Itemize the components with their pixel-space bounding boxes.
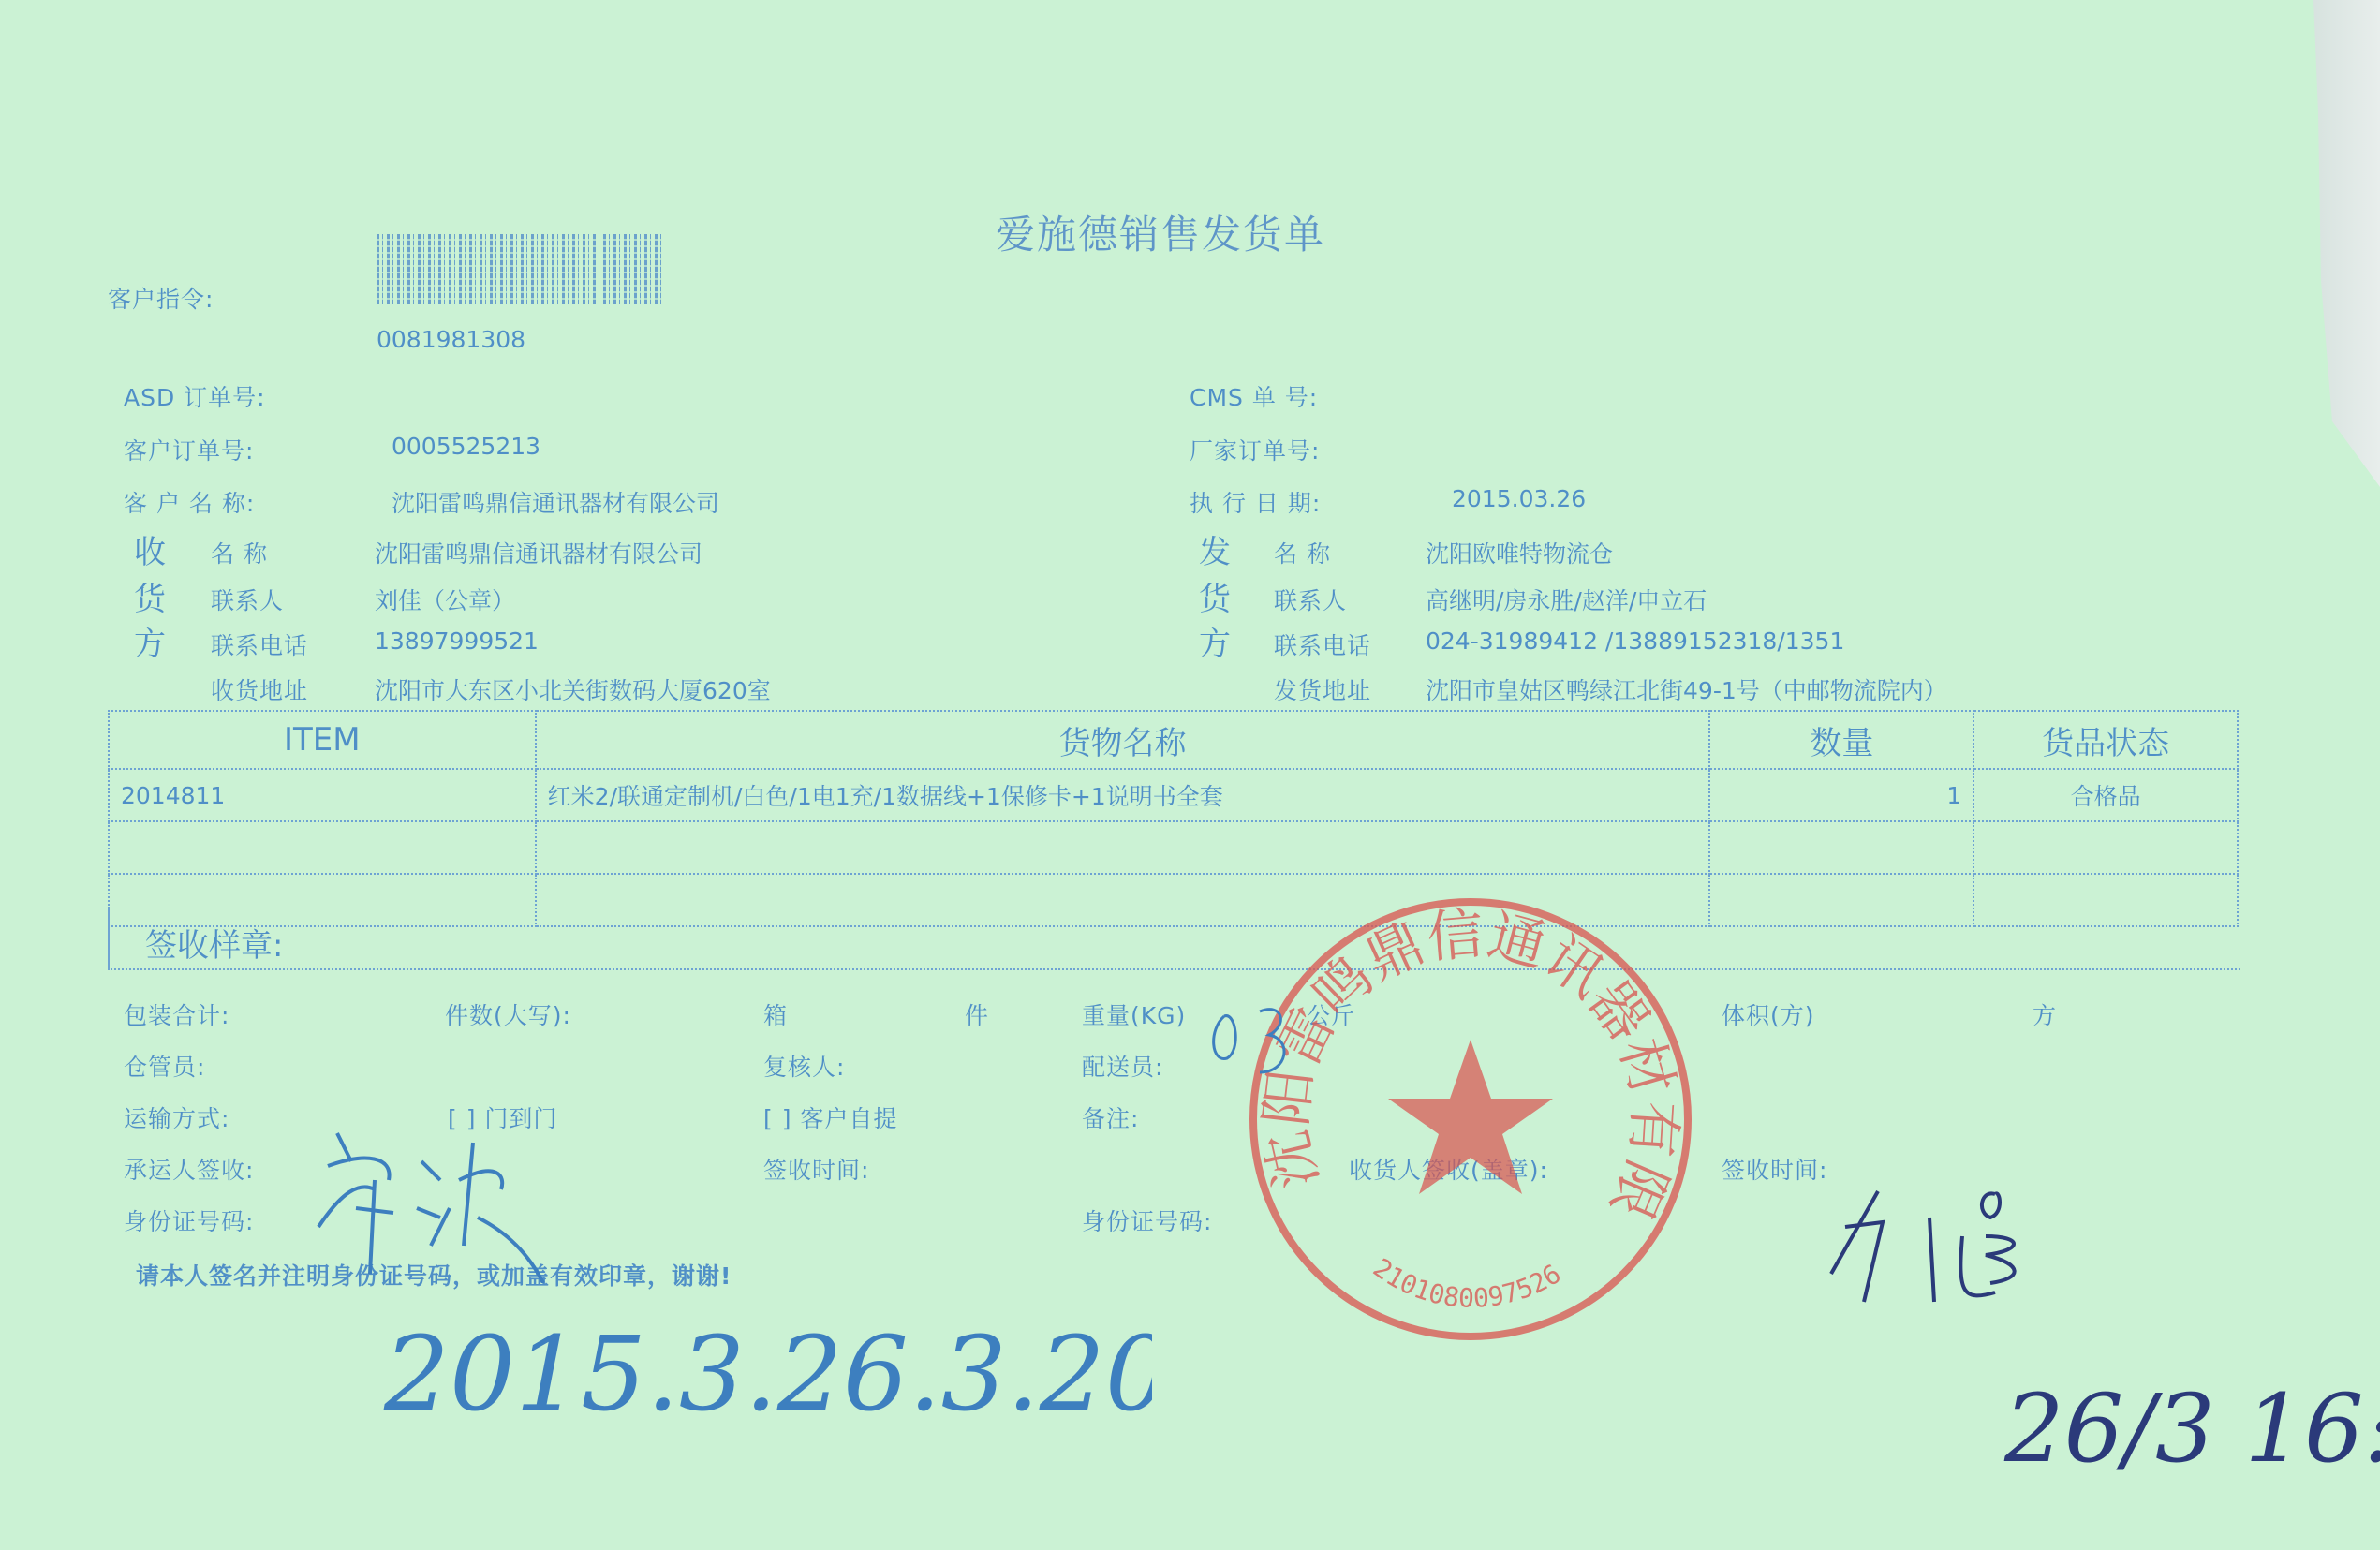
barcode-image: [377, 234, 662, 304]
volume-label: 体积(方): [1722, 997, 1815, 1031]
vendor-order-label: 厂家订单号:: [1190, 433, 1320, 466]
receiver-address-label: 收货地址: [211, 672, 308, 706]
sender-side-char-2: 货: [1199, 573, 1231, 619]
warehouse-label: 仓管员:: [124, 1049, 205, 1083]
exec-date-value: 2015.03.26: [1452, 485, 1586, 512]
transport-label: 运输方式:: [124, 1100, 229, 1134]
customer-name-value: 沈阳雷鸣鼎信通讯器材有限公司: [392, 485, 719, 519]
weight-label: 重量(KG): [1082, 997, 1186, 1031]
svg-text:2015.3.26.3.20: 2015.3.26.3.20: [383, 1314, 1152, 1434]
receiver-side-char-1: 收: [134, 526, 166, 572]
cell-status: [1973, 821, 2238, 874]
sender-address-value: 沈阳市皇姑区鸭绿江北街49-1号（中邮物流院内）: [1426, 672, 1947, 706]
sign-sample-row: 签收样章:: [108, 907, 2240, 970]
col-header-status: 货品状态: [1973, 711, 2238, 769]
company-stamp: 沈阳雷鸣鼎信通讯器材有限公司 2101080097526: [1236, 885, 1705, 1353]
carrier-datetime-handwritten: 2015.3.26.3.20: [375, 1302, 1152, 1442]
sender-contact-label: 联系人: [1274, 583, 1347, 616]
goods-table-header: ITEM 货物名称 数量 货品状态: [109, 711, 2238, 769]
sender-side-char-3: 方: [1199, 618, 1231, 664]
star-icon: [1388, 1040, 1553, 1194]
carrier-sign-label: 承运人签收:: [124, 1152, 254, 1186]
customer-instruction-code: 0081981308: [377, 326, 525, 353]
receiver-side-char-3: 方: [134, 618, 166, 664]
receiver-name-label: 名 称: [211, 536, 268, 569]
col-header-item: ITEM: [109, 711, 536, 769]
receiver-name-value: 沈阳雷鸣鼎信通讯器材有限公司: [375, 536, 702, 569]
reviewer-label: 复核人:: [763, 1049, 845, 1083]
sender-side-char-1: 发: [1199, 526, 1231, 572]
self-pickup-option: [ ] 客户自提: [763, 1100, 897, 1134]
stamp-number-text: 2101080097526: [1367, 1252, 1566, 1314]
svg-text:26/3 16:40: 26/3 16:40: [2003, 1374, 2380, 1484]
receiver-phone-value: 13897999521: [375, 627, 539, 655]
carrier-sign-time-label: 签收时间:: [763, 1152, 869, 1186]
col-header-name: 货物名称: [536, 711, 1710, 769]
sender-phone-label: 联系电话: [1274, 627, 1371, 661]
cell-item: [109, 821, 536, 874]
receiver-phone-label: 联系电话: [211, 627, 308, 661]
receiver-contact-label: 联系人: [211, 583, 284, 616]
receiver-datetime-handwritten: 26/3 16:40: [1995, 1349, 2380, 1517]
delivery-slip: 爱施德销售发货单 客户指令: 0081981308 ASD 订单号: CMS 单…: [0, 0, 2380, 1550]
customer-order-value: 0005525213: [392, 433, 540, 460]
package-total-label: 包装合计:: [124, 997, 229, 1031]
receiver-side-char-2: 货: [134, 573, 166, 619]
col-header-quantity: 数量: [1709, 711, 1973, 769]
handwritten-weight: [1204, 993, 1316, 1096]
cell-quantity: [1709, 821, 1973, 874]
receiver-signature: [1798, 1180, 2061, 1311]
carrier-signature: [300, 1124, 609, 1283]
cell-quantity: 1: [1709, 769, 1973, 821]
cell-name: [536, 821, 1710, 874]
asd-order-label: ASD 订单号:: [124, 379, 266, 413]
exec-date-label: 执 行 日 期:: [1190, 485, 1321, 519]
receiver-contact-value: 刘佳（公章）: [375, 583, 515, 616]
table-row: [109, 821, 2238, 874]
carrier-id-label: 身份证号码:: [124, 1203, 254, 1237]
sender-phone-value: 024-31989412 /13889152318/1351: [1426, 627, 1844, 655]
receiver-address-value: 沈阳市大东区小北关街数码大厦620室: [375, 672, 771, 706]
pieces-label: 件数(大写):: [445, 997, 571, 1031]
customer-name-label: 客 户 名 称:: [124, 485, 255, 519]
customer-order-label: 客户订单号:: [124, 433, 254, 466]
remark-label: 备注:: [1082, 1100, 1139, 1134]
sender-name-label: 名 称: [1274, 536, 1331, 569]
sender-address-label: 发货地址: [1274, 672, 1371, 706]
sender-name-value: 沈阳欧唯特物流仓: [1426, 536, 1613, 569]
customer-instruction-label: 客户指令:: [108, 281, 214, 315]
dispatcher-label: 配送员:: [1082, 1049, 1163, 1083]
goods-table: ITEM 货物名称 数量 货品状态 2014811 红米2/联通定制机/白色/1…: [108, 710, 2239, 927]
cell-name: 红米2/联通定制机/白色/1电1充/1数据线+1保修卡+1说明书全套: [536, 769, 1710, 821]
piece-label: 件: [965, 997, 989, 1031]
cms-label: CMS 单 号:: [1190, 379, 1318, 413]
svg-text:2101080097526: 2101080097526: [1367, 1252, 1566, 1314]
table-row: 2014811 红米2/联通定制机/白色/1电1充/1数据线+1保修卡+1说明书…: [109, 769, 2238, 821]
cell-item: 2014811: [109, 769, 536, 821]
sender-contact-value: 高继明/房永胜/赵洋/申立石: [1426, 583, 1707, 616]
receiver-id-label: 身份证号码:: [1082, 1203, 1212, 1237]
sign-sample-label: 签收样章:: [145, 920, 283, 966]
volume-unit: 方: [2033, 997, 2057, 1031]
cell-status: 合格品: [1973, 769, 2238, 821]
box-label: 箱: [763, 997, 788, 1031]
document-title: 爱施德销售发货单: [996, 204, 1325, 260]
